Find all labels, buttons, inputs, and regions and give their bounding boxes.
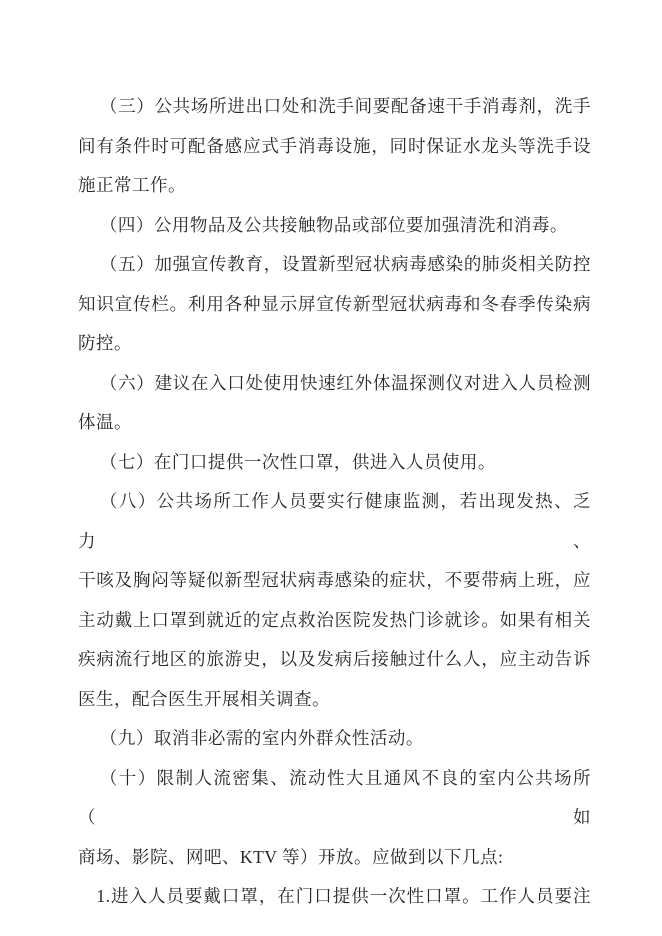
text-line: （七）在门口提供一次性口罩，供进入人员使用。 xyxy=(78,443,591,483)
document-page: （三）公共场所进出口处和洗手间要配备速干手消毒剂，洗手 间有条件时可配备感应式手… xyxy=(0,0,662,936)
text-line: （四）公用物品及公共接触物品或部位要加强清洗和消毒。 xyxy=(78,206,591,246)
text-line: （六）建议在入口处使用快速红外体温探测仪对进入人员检测 xyxy=(78,364,591,404)
text-line: 间有条件时可配备感应式手消毒设施，同时保证水龙头等洗手设 xyxy=(78,127,591,167)
text-line: 医生，配合医生开展相关调查。 xyxy=(78,680,591,720)
text-line: 知识宣传栏。利用各种显示屏宣传新型冠状病毒和冬春季传染病 xyxy=(78,285,591,325)
text-line: （三）公共场所进出口处和洗手间要配备速干手消毒剂，洗手 xyxy=(78,87,591,127)
page-number: 3 xyxy=(0,848,662,866)
text-line: 施正常工作。 xyxy=(78,166,591,206)
text-line: 体温。 xyxy=(78,403,591,443)
text-line: （九）取消非必需的室内外群众性活动。 xyxy=(78,719,591,759)
document-body: （三）公共场所进出口处和洗手间要配备速干手消毒剂，洗手 间有条件时可配备感应式手… xyxy=(78,87,591,917)
text-line: 1.进入人员要戴口罩，在门口提供一次性口罩。工作人员要注 xyxy=(78,877,591,917)
text-line: （五）加强宣传教育，设置新型冠状病毒感染的肺炎相关防控 xyxy=(78,245,591,285)
text-line: （八）公共场所工作人员要实行健康监测，若出现发热、乏力、 xyxy=(78,482,591,561)
text-line: （十）限制人流密集、流动性大且通风不良的室内公共场所（如 xyxy=(78,759,591,838)
text-line: 干咳及胸闷等疑似新型冠状病毒感染的症状，不要带病上班，应 xyxy=(78,561,591,601)
text-line: 主动戴上口罩到就近的定点救治医院发热门诊就诊。如果有相关 xyxy=(78,601,591,641)
text-line: 防控。 xyxy=(78,324,591,364)
text-line: 疾病流行地区的旅游史，以及发病后接触过什么人，应主动告诉 xyxy=(78,640,591,680)
